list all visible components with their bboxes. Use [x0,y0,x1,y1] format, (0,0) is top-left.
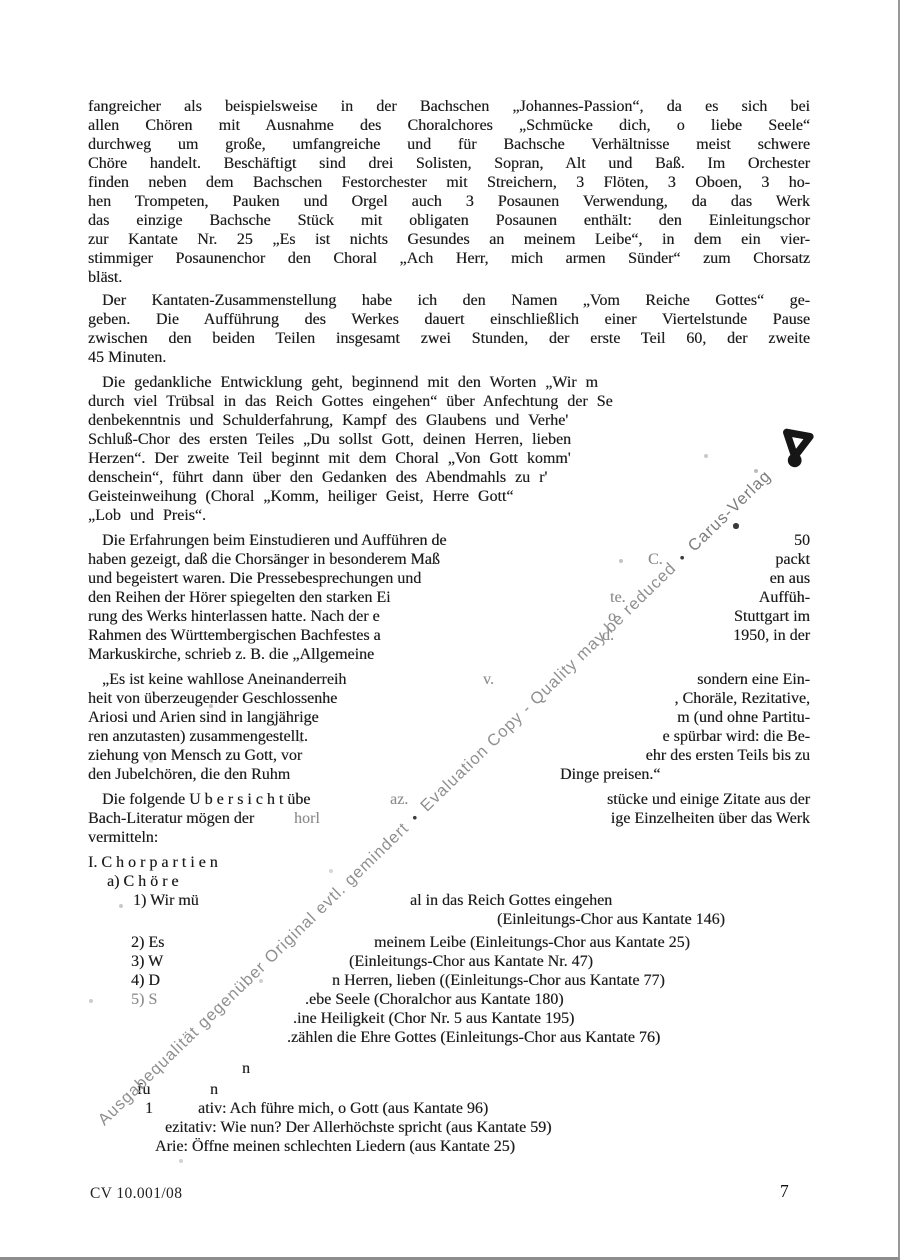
text-line: Der Kantaten-Zusammenstellung habe ich d… [88,291,810,310]
text-fragment: und begeistert waren. Die Pressebesprech… [88,569,421,588]
text-fragment: Die folgende U b e r s i c h t übe [102,790,310,809]
text-line: Ariosi und Arien sind in langjährigem (u… [88,708,810,727]
text-fragment: .ine Heiligkeit (Chor Nr. 5 aus Kantate … [293,1009,574,1028]
text-line: und begeistert waren. Die Pressebesprech… [88,569,810,588]
text-line: fun [88,1080,810,1099]
text-line: den Reihen der Hörer spiegelten den star… [88,588,810,607]
text-fragment: 1 [145,1099,153,1118]
text-fragment: n Herren, lieben ((Einleitungs-Chor aus … [332,971,665,990]
text-fragment: 2) Es [131,933,164,952]
text-line: zur Kantate Nr. 25 „Es ist nichts Gesund… [88,230,810,249]
text-line: allen Chören mit Ausnahme des Choralchor… [88,116,810,135]
text-line: rung des Werks hinterlassen hatte. Nach … [88,607,810,626]
text-fragment: Bach-Literatur mögen der [88,809,254,828]
text-line: das einzige Bachsche Stück mit obligaten… [88,211,810,230]
text-fragment: packt [775,550,810,569]
page-number: 7 [780,1181,789,1202]
text-line: geben. Die Aufführung des Werkes dauert … [88,310,810,329]
text-fragment: al in das Reich Gottes eingehen [410,891,612,910]
text-fragment: stücke und einige Zitate aus der [607,790,810,809]
text-line: I. C h o r p a r t i e n [88,853,810,872]
text-line: fangreicher als beispielsweise in der Ba… [88,97,810,116]
text-fragment: m (und ohne Partitu- [677,708,810,727]
scanned-page: fangreicher als beispielsweise in der Ba… [0,0,900,1260]
text-line: Markuskirche, schrieb z. B. die „Allgeme… [88,645,810,664]
text-line: durchweg um große, umfangreiche und für … [88,135,810,154]
text-line: bläst. [88,268,810,287]
text-fragment: „Es ist keine wahllose Aneinanderreih [102,670,346,689]
text-line: a) C h ö r e [88,872,810,891]
text-line: ren anzutasten) zusammengestellt.e spürb… [88,727,810,746]
text-fragment: 5) S [131,990,157,1009]
text-fragment: meinem Leibe (Einleitungs-Chor aus Kanta… [374,933,690,952]
text-line: denschein“, führt dann über den Gedanken… [88,468,810,487]
text-fragment: ativ: Ach führe mich, o Gott (aus Kantat… [198,1099,488,1118]
text-line: hen Trompeten, Pauken und Orgel auch 3 P… [88,192,810,211]
catalog-number: CV 10.001/08 [90,1185,182,1203]
text-line: denbekenntnis und Schulderfahrung, Kampf… [88,411,810,430]
text-line: 1ativ: Ach führe mich, o Gott (aus Kanta… [88,1099,810,1118]
text-fragment: v. [483,670,494,689]
scan-noise [0,0,2,2]
text-fragment: haben gezeigt, daß die Chorsänger in bes… [88,550,440,569]
text-fragment: I. C h o r p a r t i e n [88,853,218,872]
text-line: heit von überzeugender Geschlossenhe, Ch… [88,689,810,708]
text-line: zwischen den beiden Teilen insgesamt zwe… [88,329,810,348]
text-line: Bach-Literatur mögen derhorlige Einzelhe… [88,809,810,828]
text-line: 1) Wir müal in das Reich Gottes eingehen [88,891,810,910]
text-fragment: n [210,1080,218,1099]
text-line: 2) Esmeinem Leibe (Einleitungs-Chor aus … [88,933,810,952]
text-line: „Es ist keine wahllose Aneinanderreihv.s… [88,670,810,689]
text-fragment: den Reihen der Hörer spiegelten den star… [88,588,391,607]
text-fragment: ziehung von Mensch zu Gott, vor [88,746,302,765]
text-line: durch viel Trübsal in das Reich Gottes e… [88,392,810,411]
text-fragment: sondern eine Ein- [697,670,810,689]
text-line: 3) W(Einleitungs-Chor aus Kantate Nr. 47… [88,952,810,971]
text-fragment: ren anzutasten) zusammengestellt. [88,727,308,746]
text-fragment: Markuskirche, schrieb z. B. die „Allgeme… [88,645,374,664]
text-line: stimmiger Posaunenchor den Choral „Ach H… [88,249,810,268]
text-fragment: rung des Werks hinterlassen hatte. Nach … [88,607,380,626]
text-line: ezitativ: Wie nun? Der Allerhöchste spri… [88,1118,810,1137]
text-line: vermitteln: [88,828,810,847]
watermark-bullet-icon: • [407,809,422,825]
text-line: 45 Minuten. [88,348,810,367]
text-fragment: (Einleitungs-Chor aus Kantate Nr. 47) [349,952,593,971]
text-fragment: den Jubelchören, die den Ruhm [88,765,290,784]
text-fragment: Dinge preisen.“ [560,765,660,784]
text-column: fangreicher als beispielsweise in der Ba… [88,97,810,1156]
text-fragment: ehr des ersten Teils bis zu [646,746,810,765]
paragraph-2: Der Kantaten-Zusammenstellung habe ich d… [88,291,810,367]
text-fragment: 1950, in der [733,626,810,645]
text-fragment: .zählen die Ehre Gottes (Einleitungs-Cho… [287,1028,660,1047]
text-line: Schluß-Chor des ersten Teiles „Du sollst… [88,430,810,449]
text-fragment: .ebe Seele (Choralchor aus Kantate 180) [305,990,564,1009]
text-line: Arie: Öffne meinen schlechten Liedern (a… [88,1137,810,1156]
text-fragment: en aus [770,569,810,588]
text-line: Herzen“. Der zweite Teil beginnt mit dem… [88,449,810,468]
text-fragment: Auffüh- [759,588,810,607]
text-fragment: ezitativ: Wie nun? Der Allerhöchste spri… [165,1118,551,1137]
paragraph-3: Die gedankliche Entwicklung geht, beginn… [88,373,810,525]
text-line: Chöre handelt. Beschäftigt sind drei Sol… [88,154,810,173]
text-fragment: Die Erfahrungen beim Einstudieren und Au… [102,531,447,550]
text-fragment: vermitteln: [88,828,158,847]
fragment-lines: nfun1ativ: Ach führe mich, o Gott (aus K… [88,1059,810,1156]
text-fragment: horl [294,809,320,828]
text-fragment: n [242,1059,250,1078]
text-fragment: 1) Wir mü [133,891,199,910]
text-fragment: Arie: Öffne meinen schlechten Liedern (a… [155,1137,515,1156]
text-fragment: a) C h ö r e [107,872,179,891]
text-fragment: Stuttgart im [734,607,810,626]
text-line: Die gedankliche Entwicklung geht, beginn… [88,373,810,392]
text-line: 4) Dn Herren, lieben ((Einleitungs-Chor … [88,971,810,990]
watermark-bullet-icon: • [675,549,690,565]
paragraph-1: fangreicher als beispielsweise in der Ba… [88,97,810,287]
text-fragment: (Einleitungs-Chor aus Kantate 146) [497,910,725,929]
text-fragment: Rahmen des Württembergischen Bachfestes … [88,626,381,645]
text-line: (Einleitungs-Chor aus Kantate 146) [88,910,810,929]
text-line: Geisteinweihung (Choral „Komm, heiliger … [88,487,810,506]
text-fragment: , Choräle, Rezitative, [674,689,810,708]
text-fragment: e spürbar wird: die Be- [662,727,810,746]
text-line: Rahmen des Württembergischen Bachfestes … [88,626,810,645]
text-fragment: Ariosi und Arien sind in langjährige [88,708,319,727]
text-fragment: 4) D [131,971,160,990]
text-line: finden neben dem Bachschen Festorchester… [88,173,810,192]
text-fragment: ige Einzelheiten über das Werk [611,809,810,828]
text-fragment: heit von überzeugender Geschlossenhe [88,689,337,708]
text-fragment: 50 [794,531,810,550]
text-fragment: 3) W [131,952,163,971]
text-line: n [88,1059,810,1078]
